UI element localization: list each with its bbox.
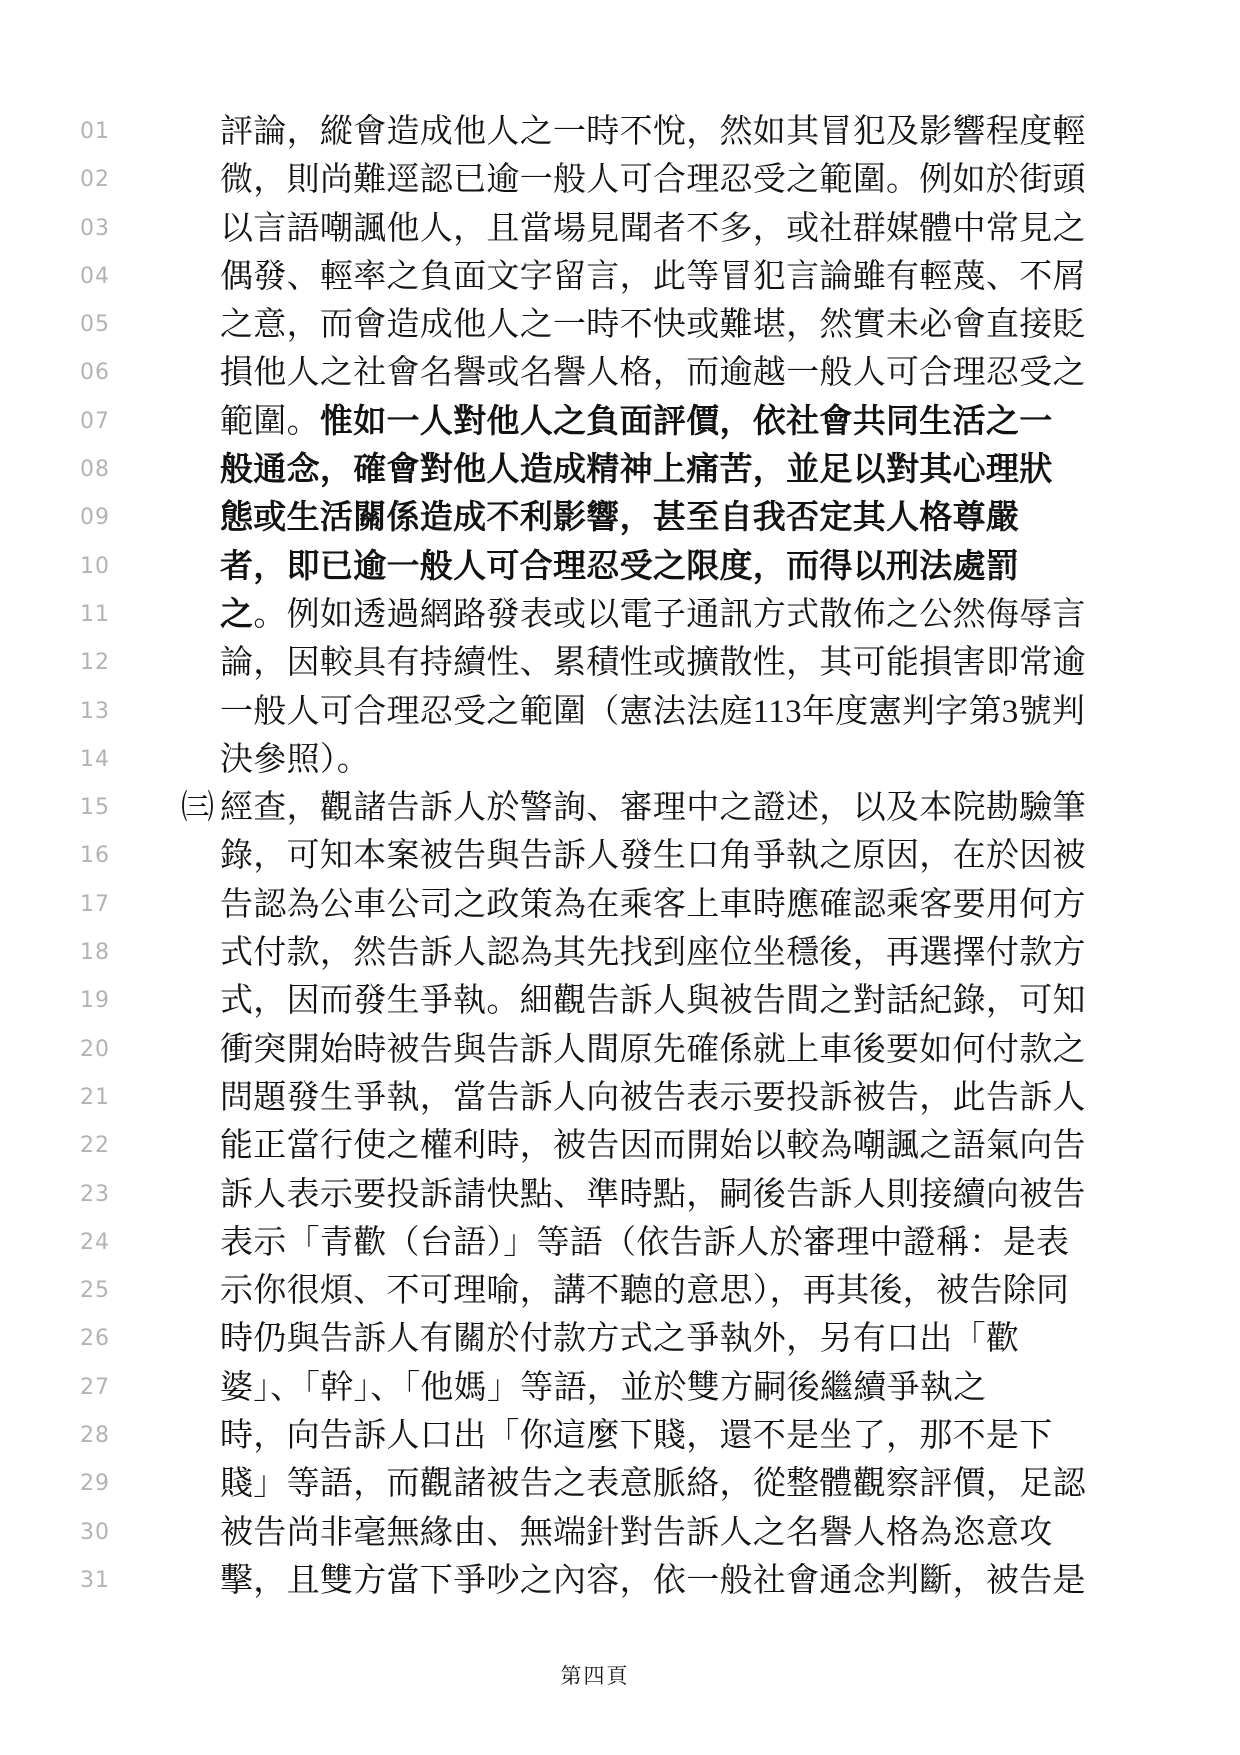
line-number: 18 <box>0 929 110 977</box>
line-text-segment: 表示「青歡（台語）」等語（依告訴人於審理中證稱：是表 <box>220 1225 1069 1261</box>
line-text: 賤」等語，而觀諸被告之表意脈絡，從整體觀察評價，足認 <box>220 1460 1086 1508</box>
line-number: 08 <box>0 446 110 494</box>
item-marker: ㈢ <box>181 784 214 832</box>
line-number: 25 <box>0 1267 110 1315</box>
text-line-row: 03以言語嘲諷他人，且當場見聞者不多，或社群媒體中常見之 <box>0 205 1240 253</box>
line-text-segment: 式付款，然告訴人認為其先找到座位坐穩後，再選擇付款方 <box>220 935 1086 971</box>
line-text: 擊，且雙方當下爭吵之內容，依一般社會通念判斷，被告是 <box>220 1557 1086 1605</box>
line-text: 示你很煩、不可理喻，講不聽的意思），再其後，被告除同 <box>220 1267 1069 1315</box>
line-text: 問題發生爭執，當告訴人向被告表示要投訴被告，此告訴人 <box>220 1074 1086 1122</box>
line-text-segment: 評論，縱會造成他人之一時不悅，然如其冒犯及影響程度輕 <box>220 114 1086 150</box>
line-text: 經查，觀諸告訴人於警詢、審理中之證述，以及本院勘驗筆 <box>220 784 1086 832</box>
line-text: 決參照）。 <box>220 736 370 784</box>
text-line-row: 19式，因而發生爭執。細觀告訴人與被告間之對話紀錄，可知 <box>0 977 1240 1025</box>
text-line-row: 08般通念，確會對他人造成精神上痛苦，並足以對其心理狀 <box>0 446 1240 494</box>
line-text-segment-bold: 惟如一人對他人之負面評價，依社會共同生活之一 <box>320 404 1053 440</box>
line-text: 式付款，然告訴人認為其先找到座位坐穩後，再選擇付款方 <box>220 929 1086 977</box>
line-text: 衝突開始時被告與告訴人間原先確係就上車後要如何付款之 <box>220 1026 1086 1074</box>
line-number: 03 <box>0 205 110 253</box>
line-text: 時，向告訴人口出「你這麼下賤，還不是坐了，那不是下 <box>220 1412 1053 1460</box>
line-text: 以言語嘲諷他人，且當場見聞者不多，或社群媒體中常見之 <box>220 205 1086 253</box>
text-line-row: 14決參照）。 <box>0 736 1240 784</box>
line-number: 20 <box>0 1026 110 1074</box>
text-line-row: 30被告尚非毫無緣由、無端針對告訴人之名譽人格為恣意攻 <box>0 1509 1240 1557</box>
line-number: 22 <box>0 1122 110 1170</box>
line-text-segment: 以言語嘲諷他人，且當場見聞者不多，或社群媒體中常見之 <box>220 211 1086 247</box>
text-line-row: 06損他人之社會名譽或名譽人格，而逾越一般人可合理忍受之 <box>0 349 1240 397</box>
line-number: 13 <box>0 688 110 736</box>
line-text-segment: 經查，觀諸告訴人於警詢、審理中之證述，以及本院勘驗筆 <box>220 790 1086 826</box>
line-text: 之意，而會造成他人之一時不快或難堪，然實未必會直接貶 <box>220 301 1086 349</box>
line-text-segment: 時，向告訴人口出「你這麼下賤，還不是坐了，那不是下 <box>220 1418 1053 1454</box>
line-text: 之。例如透過網路發表或以電子通訊方式散佈之公然侮辱言 <box>220 591 1086 639</box>
line-number: 31 <box>0 1557 110 1605</box>
line-text-segment: 論，因較具有持續性、累積性或擴散性，其可能損害即常逾 <box>220 645 1086 681</box>
text-line-row: 04偶發、輕率之負面文字留言，此等冒犯言論雖有輕蔑、不屑 <box>0 253 1240 301</box>
line-number: 26 <box>0 1315 110 1363</box>
line-text: 被告尚非毫無緣由、無端針對告訴人之名譽人格為恣意攻 <box>220 1509 1053 1557</box>
line-text-segment: 擊，且雙方當下爭吵之內容，依一般社會通念判斷，被告是 <box>220 1563 1086 1599</box>
line-number: 24 <box>0 1219 110 1267</box>
line-text-segment: 示你很煩、不可理喻，講不聽的意思），再其後，被告除同 <box>220 1273 1069 1309</box>
line-text-segment: 問題發生爭執，當告訴人向被告表示要投訴被告，此告訴人 <box>220 1080 1086 1116</box>
text-line-row: 02微，則尚難逕認已逾一般人可合理忍受之範圍。例如於街頭 <box>0 156 1240 204</box>
line-text-segment-bold: 般通念，確會對他人造成精神上痛苦，並足以對其心理狀 <box>220 452 1053 488</box>
line-number: 27 <box>0 1364 110 1412</box>
line-number: 23 <box>0 1171 110 1219</box>
line-number: 28 <box>0 1412 110 1460</box>
text-line-row: 05之意，而會造成他人之一時不快或難堪，然實未必會直接貶 <box>0 301 1240 349</box>
text-line-row: 26時仍與告訴人有關於付款方式之爭執外，另有口出「歡 <box>0 1315 1240 1363</box>
text-line-row: 11之。例如透過網路發表或以電子通訊方式散佈之公然侮辱言 <box>0 591 1240 639</box>
text-line-row: 18式付款，然告訴人認為其先找到座位坐穩後，再選擇付款方 <box>0 929 1240 977</box>
line-text: 告認為公車公司之政策為在乘客上車時應確認乘客要用何方 <box>220 881 1086 929</box>
line-text-segment: 衝突開始時被告與告訴人間原先確係就上車後要如何付款之 <box>220 1032 1086 1068</box>
text-line-row: 28時，向告訴人口出「你這麼下賤，還不是坐了，那不是下 <box>0 1412 1240 1460</box>
line-number: 09 <box>0 494 110 542</box>
line-number: 02 <box>0 156 110 204</box>
line-text: 評論，縱會造成他人之一時不悅，然如其冒犯及影響程度輕 <box>220 108 1086 156</box>
line-text: 一般人可合理忍受之範圍（憲法法庭113年度憲判字第3號判 <box>220 688 1085 736</box>
text-line-row: 22能正當行使之權利時，被告因而開始以較為嘲諷之語氣向告 <box>0 1122 1240 1170</box>
line-text-segment: 決參照）。 <box>220 742 370 778</box>
line-text: 式，因而發生爭執。細觀告訴人與被告間之對話紀錄，可知 <box>220 977 1086 1025</box>
text-line-row: 29賤」等語，而觀諸被告之表意脈絡，從整體觀察評價，足認 <box>0 1460 1240 1508</box>
line-number: 16 <box>0 832 110 880</box>
line-text-segment: 微，則尚難逕認已逾一般人可合理忍受之範圍。例如於街頭 <box>220 162 1086 198</box>
text-line-row: 15㈢經查，觀諸告訴人於警詢、審理中之證述，以及本院勘驗筆 <box>0 784 1240 832</box>
line-text-segment: 損他人之社會名譽或名譽人格，而逾越一般人可合理忍受之 <box>220 355 1086 391</box>
line-text: 微，則尚難逕認已逾一般人可合理忍受之範圍。例如於街頭 <box>220 156 1086 204</box>
text-line-row: 31擊，且雙方當下爭吵之內容，依一般社會通念判斷，被告是 <box>0 1557 1240 1605</box>
text-line-row: 07範圍。惟如一人對他人之負面評價，依社會共同生活之一 <box>0 398 1240 446</box>
line-text: 表示「青歡（台語）」等語（依告訴人於審理中證稱：是表 <box>220 1219 1069 1267</box>
line-text-segment: 錄，可知本案被告與告訴人發生口角爭執之原因，在於因被 <box>220 838 1086 874</box>
line-text-segment: 被告尚非毫無緣由、無端針對告訴人之名譽人格為恣意攻 <box>220 1515 1053 1551</box>
page-footer: 第四頁 <box>0 1660 1190 1690</box>
text-line-row: 23訴人表示要投訴請快點、準時點，嗣後告訴人則接續向被告 <box>0 1171 1240 1219</box>
line-number: 15 <box>0 784 110 832</box>
text-line-row: 17告認為公車公司之政策為在乘客上車時應確認乘客要用何方 <box>0 881 1240 929</box>
line-text-segment: 偶發、輕率之負面文字留言，此等冒犯言論雖有輕蔑、不屑 <box>220 259 1086 295</box>
text-line-row: 12論，因較具有持續性、累積性或擴散性，其可能損害即常逾 <box>0 639 1240 687</box>
line-number: 12 <box>0 639 110 687</box>
line-text-segment: 時仍與告訴人有關於付款方式之爭執外，另有口出「歡 <box>220 1321 1019 1357</box>
line-text-segment: 能正當行使之權利時，被告因而開始以較為嘲諷之語氣向告 <box>220 1128 1086 1164</box>
text-line-row: 25示你很煩、不可理喻，講不聽的意思），再其後，被告除同 <box>0 1267 1240 1315</box>
text-line-row: 21問題發生爭執，當告訴人向被告表示要投訴被告，此告訴人 <box>0 1074 1240 1122</box>
text-line-row: 01評論，縱會造成他人之一時不悅，然如其冒犯及影響程度輕 <box>0 108 1240 156</box>
line-list: 01評論，縱會造成他人之一時不悅，然如其冒犯及影響程度輕02微，則尚難逕認已逾一… <box>0 108 1240 1605</box>
line-number: 17 <box>0 881 110 929</box>
line-text-segment: 式，因而發生爭執。細觀告訴人與被告間之對話紀錄，可知 <box>220 983 1086 1019</box>
text-line-row: 27婆」、「幹」、「他媽」等語，並於雙方嗣後繼續爭執之 <box>0 1364 1240 1412</box>
text-line-row: 24表示「青歡（台語）」等語（依告訴人於審理中證稱：是表 <box>0 1219 1240 1267</box>
line-text-segment: 訴人表示要投訴請快點、準時點，嗣後告訴人則接續向被告 <box>220 1177 1086 1213</box>
line-number: 05 <box>0 301 110 349</box>
text-line-row: 20衝突開始時被告與告訴人間原先確係就上車後要如何付款之 <box>0 1026 1240 1074</box>
line-text: 態或生活關係造成不利影響，甚至自我否定其人格尊嚴 <box>220 494 1019 542</box>
line-text: 婆」、「幹」、「他媽」等語，並於雙方嗣後繼續爭執之 <box>220 1364 987 1412</box>
line-text: 般通念，確會對他人造成精神上痛苦，並足以對其心理狀 <box>220 446 1053 494</box>
line-text: 論，因較具有持續性、累積性或擴散性，其可能損害即常逾 <box>220 639 1086 687</box>
line-text: 訴人表示要投訴請快點、準時點，嗣後告訴人則接續向被告 <box>220 1171 1086 1219</box>
line-number: 29 <box>0 1460 110 1508</box>
judgment-page: 01評論，縱會造成他人之一時不悅，然如其冒犯及影響程度輕02微，則尚難逕認已逾一… <box>0 0 1240 1755</box>
line-text-segment-bold: 者，即已逾一般人可合理忍受之限度，而得以刑法處罰 <box>220 549 1019 585</box>
line-text: 偶發、輕率之負面文字留言，此等冒犯言論雖有輕蔑、不屑 <box>220 253 1086 301</box>
line-text-segment: 告認為公車公司之政策為在乘客上車時應確認乘客要用何方 <box>220 887 1086 923</box>
line-text-segment: 一般人可合理忍受之範圍（憲法法庭113年度憲判字第3號判 <box>220 694 1085 730</box>
line-number: 01 <box>0 108 110 156</box>
line-number: 11 <box>0 591 110 639</box>
line-number: 07 <box>0 398 110 446</box>
line-number: 21 <box>0 1074 110 1122</box>
line-text-segment: 婆」、「幹」、「他媽」等語，並於雙方嗣後繼續爭執之 <box>220 1370 987 1406</box>
line-text-segment: 範圍。 <box>220 404 320 440</box>
line-number: 19 <box>0 977 110 1025</box>
line-number: 04 <box>0 253 110 301</box>
line-text: 錄，可知本案被告與告訴人發生口角爭執之原因，在於因被 <box>220 832 1086 880</box>
text-line-row: 09態或生活關係造成不利影響，甚至自我否定其人格尊嚴 <box>0 494 1240 542</box>
line-number: 10 <box>0 543 110 591</box>
line-text-segment-bold: 態或生活關係造成不利影響，甚至自我否定其人格尊嚴 <box>220 500 1019 536</box>
text-line-row: 13一般人可合理忍受之範圍（憲法法庭113年度憲判字第3號判 <box>0 688 1240 736</box>
line-text: 能正當行使之權利時，被告因而開始以較為嘲諷之語氣向告 <box>220 1122 1086 1170</box>
line-number: 06 <box>0 349 110 397</box>
line-text: 損他人之社會名譽或名譽人格，而逾越一般人可合理忍受之 <box>220 349 1086 397</box>
line-text: 時仍與告訴人有關於付款方式之爭執外，另有口出「歡 <box>220 1315 1019 1363</box>
line-text-segment: 賤」等語，而觀諸被告之表意脈絡，從整體觀察評價，足認 <box>220 1466 1086 1502</box>
line-text-segment: 之意，而會造成他人之一時不快或難堪，然實未必會直接貶 <box>220 307 1086 343</box>
line-text: 者，即已逾一般人可合理忍受之限度，而得以刑法處罰 <box>220 543 1019 591</box>
text-line-row: 10者，即已逾一般人可合理忍受之限度，而得以刑法處罰 <box>0 543 1240 591</box>
line-text-segment: 。例如透過網路發表或以電子通訊方式散佈之公然侮辱言 <box>253 597 1086 633</box>
line-text-segment-bold: 之 <box>220 597 253 633</box>
text-line-row: 16錄，可知本案被告與告訴人發生口角爭執之原因，在於因被 <box>0 832 1240 880</box>
line-number: 14 <box>0 736 110 784</box>
line-text: 範圍。惟如一人對他人之負面評價，依社會共同生活之一 <box>220 398 1053 446</box>
line-number: 30 <box>0 1509 110 1557</box>
